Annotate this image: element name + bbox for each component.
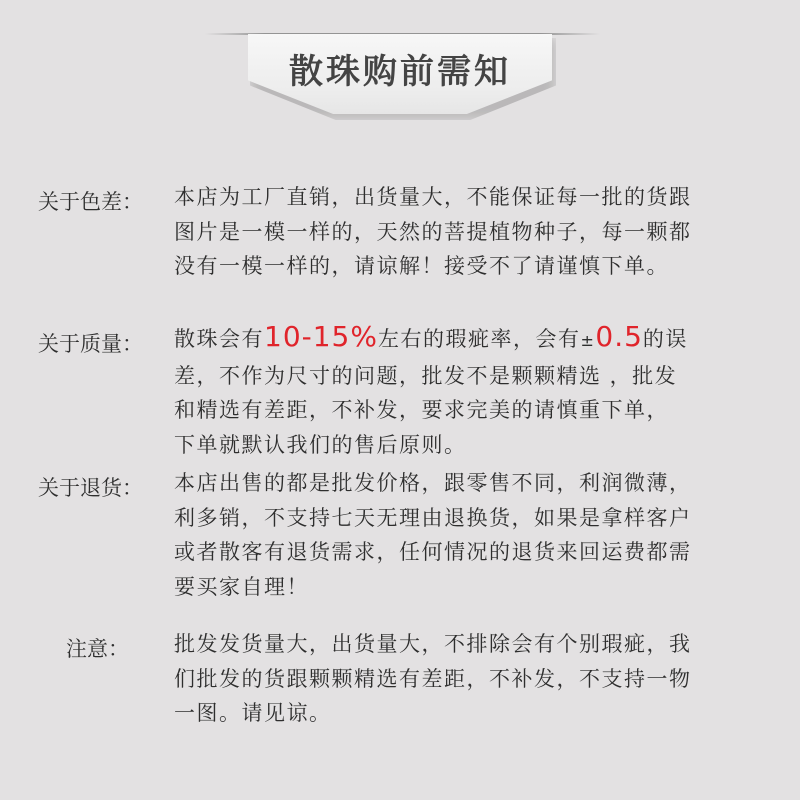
text-line: 批发发货量大，出货量大，不排除会有个别瑕疵，我	[174, 627, 774, 662]
text-line: 们批发的货跟颗颗精选有差距，不补发，不支持一物	[174, 662, 774, 697]
section-label: 注意：	[66, 633, 129, 663]
text-line: 要买家自理！	[174, 570, 774, 605]
section-label: 关于退货：	[38, 472, 143, 502]
section-label: 关于色差：	[38, 186, 143, 216]
section-body: 散珠会有10-15%左右的瑕疵率，会有±0.5的误 差，不作为尺寸的问题，批发不…	[174, 322, 774, 462]
page-title: 散珠购前需知	[248, 44, 552, 93]
section-body: 本店出售的都是批发价格，跟零售不同，利润微薄， 利多销，不支持七天无理由退换货，…	[174, 466, 774, 604]
text-line: 本店为工厂直销，出货量大，不能保证每一批的货跟	[174, 180, 774, 215]
text-line: 图片是一模一样的，天然的菩提植物种子，每一颗都	[174, 215, 774, 250]
text-line: 散珠会有10-15%左右的瑕疵率，会有±0.5的误	[174, 322, 774, 359]
text-line: 一图。请见谅。	[174, 696, 774, 731]
text-line: 本店出售的都是批发价格，跟零售不同，利润微薄，	[174, 466, 774, 501]
plus-minus-sign: ±	[580, 331, 595, 350]
section-body: 本店为工厂直销，出货量大，不能保证每一批的货跟 图片是一模一样的，天然的菩提植物…	[174, 180, 774, 284]
defect-rate-highlight: 10-15%	[264, 320, 378, 353]
text-fragment: 左右的瑕疵率，会有	[378, 327, 581, 351]
text-line: 下单就默认我们的售后原则。	[174, 428, 774, 463]
text-line: 差，不作为尺寸的问题，批发不是颗颗精选 ，批发	[174, 359, 774, 394]
text-fragment: 散珠会有	[174, 327, 264, 351]
text-line: 或者散客有退货需求，任何情况的退货来回运费都需	[174, 535, 774, 570]
section-label: 关于质量：	[38, 328, 143, 358]
text-line: 没有一模一样的，请谅解！接受不了请谨慎下单。	[174, 249, 774, 284]
text-line: 和精选有差距，不补发，要求完美的请慎重下单，	[174, 393, 774, 428]
text-fragment: 的误	[643, 327, 688, 351]
text-line: 利多销，不支持七天无理由退换货，如果是拿样客户	[174, 501, 774, 536]
section-body: 批发发货量大，出货量大，不排除会有个别瑕疵，我 们批发的货跟颗颗精选有差距，不补…	[174, 627, 774, 731]
tolerance-highlight: 0.5	[595, 320, 643, 353]
